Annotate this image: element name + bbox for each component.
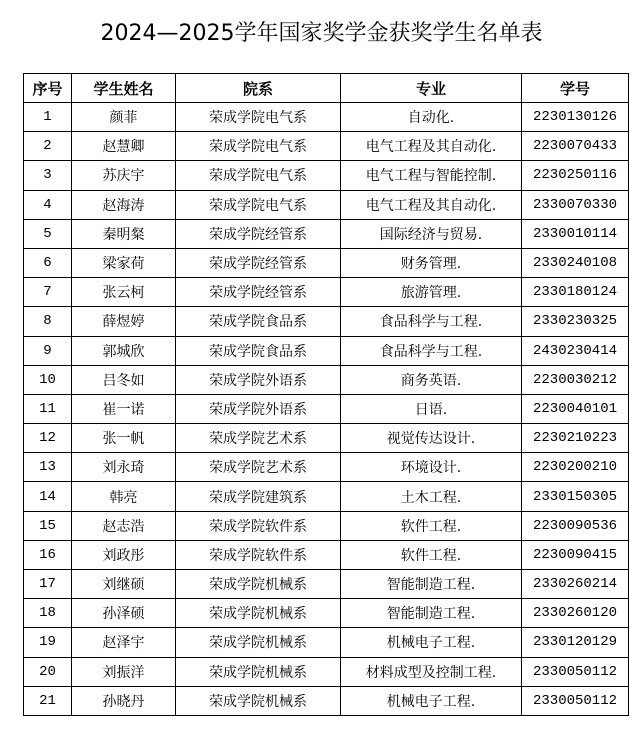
table-row: 19赵泽宇荣成学院机械系机械电子工程.2330120129 xyxy=(24,628,629,657)
cell-index: 9 xyxy=(24,336,72,365)
cell-department: 荣成学院机械系 xyxy=(176,657,341,686)
cell-student-name: 刘永琦 xyxy=(72,453,176,482)
cell-student-name: 郭城欣 xyxy=(72,336,176,365)
cell-major: 自动化. xyxy=(341,103,522,132)
cell-student-name: 刘继硕 xyxy=(72,570,176,599)
cell-student-name: 韩亮 xyxy=(72,482,176,511)
cell-department: 荣成学院食品系 xyxy=(176,307,341,336)
table-row: 15赵志浩荣成学院软件系软件工程.2230090536 xyxy=(24,511,629,540)
cell-student-id: 2430230414 xyxy=(522,336,629,365)
cell-student-name: 梁家荷 xyxy=(72,248,176,277)
cell-student-name: 秦明粲 xyxy=(72,219,176,248)
cell-department: 荣成学院经管系 xyxy=(176,219,341,248)
cell-major: 电气工程及其自动化. xyxy=(341,190,522,219)
cell-department: 荣成学院食品系 xyxy=(176,336,341,365)
table-row: 11崔一诺荣成学院外语系日语.2230040101 xyxy=(24,394,629,423)
table-row: 3苏庆宇荣成学院电气系电气工程与智能控制.2230250116 xyxy=(24,161,629,190)
cell-index: 2 xyxy=(24,132,72,161)
header-student-id: 学号 xyxy=(522,74,629,103)
cell-major: 智能制造工程. xyxy=(341,570,522,599)
cell-index: 14 xyxy=(24,482,72,511)
cell-student-id: 2230070433 xyxy=(522,132,629,161)
cell-student-id: 2230250116 xyxy=(522,161,629,190)
cell-index: 8 xyxy=(24,307,72,336)
cell-major: 旅游管理. xyxy=(341,278,522,307)
table-row: 17刘继硕荣成学院机械系智能制造工程.2330260214 xyxy=(24,570,629,599)
cell-major: 食品科学与工程. xyxy=(341,336,522,365)
cell-index: 3 xyxy=(24,161,72,190)
cell-index: 20 xyxy=(24,657,72,686)
table-row: 4赵海涛荣成学院电气系电气工程及其自动化.2330070330 xyxy=(24,190,629,219)
cell-major: 食品科学与工程. xyxy=(341,307,522,336)
cell-index: 7 xyxy=(24,278,72,307)
cell-student-name: 颜菲 xyxy=(72,103,176,132)
table-row: 7张云柯荣成学院经管系旅游管理.2330180124 xyxy=(24,278,629,307)
cell-department: 荣成学院外语系 xyxy=(176,365,341,394)
cell-index: 1 xyxy=(24,103,72,132)
cell-department: 荣成学院经管系 xyxy=(176,248,341,277)
table-row: 20刘振洋荣成学院机械系材料成型及控制工程.2330050112 xyxy=(24,657,629,686)
cell-student-name: 崔一诺 xyxy=(72,394,176,423)
table-row: 5秦明粲荣成学院经管系国际经济与贸易.2330010114 xyxy=(24,219,629,248)
cell-student-id: 2230040101 xyxy=(522,394,629,423)
table-row: 10吕冬如荣成学院外语系商务英语.2230030212 xyxy=(24,365,629,394)
cell-student-name: 赵慧卿 xyxy=(72,132,176,161)
cell-student-name: 张云柯 xyxy=(72,278,176,307)
cell-student-name: 刘振洋 xyxy=(72,657,176,686)
cell-department: 荣成学院机械系 xyxy=(176,599,341,628)
cell-student-name: 赵志浩 xyxy=(72,511,176,540)
cell-major: 电气工程及其自动化. xyxy=(341,132,522,161)
cell-department: 荣成学院机械系 xyxy=(176,686,341,715)
cell-major: 材料成型及控制工程. xyxy=(341,657,522,686)
cell-student-id: 2330260214 xyxy=(522,570,629,599)
cell-student-name: 吕冬如 xyxy=(72,365,176,394)
cell-student-name: 苏庆宇 xyxy=(72,161,176,190)
cell-student-id: 2230210223 xyxy=(522,424,629,453)
cell-department: 荣成学院电气系 xyxy=(176,190,341,219)
cell-student-id: 2330050112 xyxy=(522,686,629,715)
cell-student-name: 赵泽宇 xyxy=(72,628,176,657)
cell-major: 环境设计. xyxy=(341,453,522,482)
cell-department: 荣成学院艺术系 xyxy=(176,453,341,482)
header-student-name: 学生姓名 xyxy=(72,74,176,103)
cell-department: 荣成学院经管系 xyxy=(176,278,341,307)
cell-student-id: 2230200210 xyxy=(522,453,629,482)
cell-department: 荣成学院外语系 xyxy=(176,394,341,423)
cell-student-id: 2330150305 xyxy=(522,482,629,511)
table-row: 8薛煜婷荣成学院食品系食品科学与工程.2330230325 xyxy=(24,307,629,336)
cell-major: 财务管理. xyxy=(341,248,522,277)
cell-index: 16 xyxy=(24,540,72,569)
table-row: 2赵慧卿荣成学院电气系电气工程及其自动化.2230070433 xyxy=(24,132,629,161)
page-title: 2024—2025学年国家奖学金获奖学生名单表 xyxy=(0,18,643,50)
cell-student-name: 刘政彤 xyxy=(72,540,176,569)
cell-department: 荣成学院建筑系 xyxy=(176,482,341,511)
cell-major: 日语. xyxy=(341,394,522,423)
table-row: 14韩亮荣成学院建筑系土木工程.2330150305 xyxy=(24,482,629,511)
cell-student-id: 2330050112 xyxy=(522,657,629,686)
cell-department: 荣成学院软件系 xyxy=(176,511,341,540)
cell-major: 土木工程. xyxy=(341,482,522,511)
cell-student-id: 2330120129 xyxy=(522,628,629,657)
cell-student-id: 2230090415 xyxy=(522,540,629,569)
table-body: 1颜菲荣成学院电气系自动化.22301301262赵慧卿荣成学院电气系电气工程及… xyxy=(24,103,629,716)
cell-index: 5 xyxy=(24,219,72,248)
table-row: 12张一帆荣成学院艺术系视觉传达设计.2230210223 xyxy=(24,424,629,453)
cell-department: 荣成学院机械系 xyxy=(176,570,341,599)
cell-student-id: 2330180124 xyxy=(522,278,629,307)
cell-student-id: 2230030212 xyxy=(522,365,629,394)
cell-index: 6 xyxy=(24,248,72,277)
cell-student-id: 2330230325 xyxy=(522,307,629,336)
table-row: 13刘永琦荣成学院艺术系环境设计.2230200210 xyxy=(24,453,629,482)
cell-index: 17 xyxy=(24,570,72,599)
header-index: 序号 xyxy=(24,74,72,103)
table-row: 16刘政彤荣成学院软件系软件工程.2230090415 xyxy=(24,540,629,569)
cell-major: 机械电子工程. xyxy=(341,628,522,657)
cell-student-name: 薛煜婷 xyxy=(72,307,176,336)
cell-index: 12 xyxy=(24,424,72,453)
cell-major: 国际经济与贸易. xyxy=(341,219,522,248)
table-row: 1颜菲荣成学院电气系自动化.2230130126 xyxy=(24,103,629,132)
cell-department: 荣成学院机械系 xyxy=(176,628,341,657)
cell-student-name: 孙泽硕 xyxy=(72,599,176,628)
cell-student-name: 孙晓丹 xyxy=(72,686,176,715)
cell-major: 机械电子工程. xyxy=(341,686,522,715)
header-department: 院系 xyxy=(176,74,341,103)
cell-index: 15 xyxy=(24,511,72,540)
header-major: 专业 xyxy=(341,74,522,103)
cell-department: 荣成学院艺术系 xyxy=(176,424,341,453)
cell-index: 11 xyxy=(24,394,72,423)
cell-index: 13 xyxy=(24,453,72,482)
cell-index: 21 xyxy=(24,686,72,715)
cell-index: 4 xyxy=(24,190,72,219)
cell-student-name: 赵海涛 xyxy=(72,190,176,219)
cell-student-name: 张一帆 xyxy=(72,424,176,453)
table-row: 18孙泽硕荣成学院机械系智能制造工程.2330260120 xyxy=(24,599,629,628)
cell-student-id: 2330070330 xyxy=(522,190,629,219)
cell-index: 19 xyxy=(24,628,72,657)
cell-department: 荣成学院软件系 xyxy=(176,540,341,569)
cell-major: 软件工程. xyxy=(341,511,522,540)
cell-index: 10 xyxy=(24,365,72,394)
cell-major: 智能制造工程. xyxy=(341,599,522,628)
cell-student-id: 2330260120 xyxy=(522,599,629,628)
cell-department: 荣成学院电气系 xyxy=(176,161,341,190)
cell-student-id: 2330010114 xyxy=(522,219,629,248)
cell-student-id: 2330240108 xyxy=(522,248,629,277)
table-row: 21孙晓丹荣成学院机械系机械电子工程.2330050112 xyxy=(24,686,629,715)
scholarship-roster-table: 序号 学生姓名 院系 专业 学号 1颜菲荣成学院电气系自动化.223013012… xyxy=(23,73,629,716)
cell-student-id: 2230090536 xyxy=(522,511,629,540)
cell-index: 18 xyxy=(24,599,72,628)
table-row: 6梁家荷荣成学院经管系财务管理.2330240108 xyxy=(24,248,629,277)
table-row: 9郭城欣荣成学院食品系食品科学与工程.2430230414 xyxy=(24,336,629,365)
cell-major: 商务英语. xyxy=(341,365,522,394)
cell-major: 电气工程与智能控制. xyxy=(341,161,522,190)
table-header-row: 序号 学生姓名 院系 专业 学号 xyxy=(24,74,629,103)
cell-major: 视觉传达设计. xyxy=(341,424,522,453)
cell-major: 软件工程. xyxy=(341,540,522,569)
cell-department: 荣成学院电气系 xyxy=(176,103,341,132)
cell-student-id: 2230130126 xyxy=(522,103,629,132)
cell-department: 荣成学院电气系 xyxy=(176,132,341,161)
